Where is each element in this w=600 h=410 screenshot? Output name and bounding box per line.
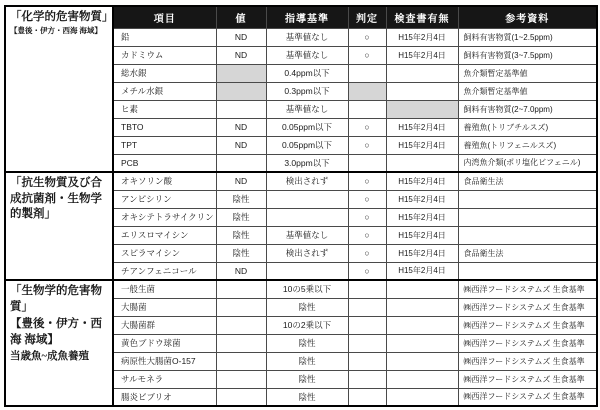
- cell-value: [216, 82, 266, 100]
- column-header-judgment: 判定: [348, 6, 386, 28]
- cell-reference: 食品衛生法: [458, 172, 597, 190]
- cell-standard: 0.3ppm以下: [266, 82, 348, 100]
- cell-standard: 基準値なし: [266, 46, 348, 64]
- cell-standard: 陰性: [266, 352, 348, 370]
- cell-standard: [266, 208, 348, 226]
- cell-judgment: [348, 82, 386, 100]
- cell-value: 陰性: [216, 190, 266, 208]
- cell-standard: 3.0ppm以下: [266, 154, 348, 172]
- cell-item: オキソリン酸: [113, 172, 216, 190]
- section-label-line: 「化学的危害物質」: [10, 10, 108, 26]
- cell-reference: 食品衛生法: [458, 244, 597, 262]
- cell-standard: 陰性: [266, 388, 348, 406]
- cell-value: 陰性: [216, 244, 266, 262]
- section-label-1: 「抗生物質及び合成抗菌剤・生物学的製剤」: [5, 172, 113, 280]
- cell-certificate: [386, 388, 458, 406]
- table-row: 「抗生物質及び合成抗菌剤・生物学的製剤」オキソリン酸ND検出されず○H15年2月…: [5, 172, 597, 190]
- cell-reference: 魚介類暫定基準値: [458, 82, 597, 100]
- cell-certificate: [386, 154, 458, 172]
- cell-standard: 基準値なし: [266, 28, 348, 46]
- cell-reference: 飼料有害物質(1~2.5ppm): [458, 28, 597, 46]
- cell-value: [216, 388, 266, 406]
- cell-judgment: [348, 154, 386, 172]
- cell-certificate: [386, 334, 458, 352]
- cell-value: [216, 352, 266, 370]
- cell-judgment: ○: [348, 262, 386, 280]
- cell-reference: ㈱西洋フードシステムズ 生食基準: [458, 334, 597, 352]
- cell-item: 腸炎ビブリオ: [113, 388, 216, 406]
- cell-reference: 飼料有害物質(2~7.0ppm): [458, 100, 597, 118]
- cell-judgment: [348, 334, 386, 352]
- cell-item: PCB: [113, 154, 216, 172]
- cell-standard: 基準値なし: [266, 226, 348, 244]
- cell-value: ND: [216, 118, 266, 136]
- cell-item: 一般生菌: [113, 280, 216, 298]
- cell-judgment: [348, 370, 386, 388]
- cell-standard: 10の2乗以下: [266, 316, 348, 334]
- cell-reference: ㈱西洋フードシステムズ 生食基準: [458, 388, 597, 406]
- cell-value: [216, 100, 266, 118]
- section-label-line: 当歳魚~成魚養殖: [10, 350, 108, 364]
- cell-certificate: H15年2月4日: [386, 118, 458, 136]
- cell-standard: 0.05ppm以下: [266, 118, 348, 136]
- cell-certificate: H15年2月4日: [386, 190, 458, 208]
- cell-judgment: [348, 298, 386, 316]
- cell-value: [216, 154, 266, 172]
- cell-judgment: [348, 352, 386, 370]
- cell-certificate: [386, 316, 458, 334]
- cell-judgment: ○: [348, 28, 386, 46]
- cell-item: スピラマイシン: [113, 244, 216, 262]
- cell-reference: 魚介類暫定基準値: [458, 64, 597, 82]
- table-row: 「生物学的危害物質」【豊後・伊方・西海 海域】当歳魚~成魚養殖一般生菌10の5乗…: [5, 280, 597, 298]
- column-header-reference: 参考資料: [458, 6, 597, 28]
- cell-value: [216, 64, 266, 82]
- cell-standard: [266, 190, 348, 208]
- section-label-line: 【豊後・伊方・西海 海域】: [10, 26, 108, 36]
- cell-certificate: H15年2月4日: [386, 244, 458, 262]
- cell-certificate: H15年2月4日: [386, 262, 458, 280]
- cell-value: [216, 298, 266, 316]
- cell-value: [216, 334, 266, 352]
- cell-item: 総水銀: [113, 64, 216, 82]
- cell-item: エリスロマイシン: [113, 226, 216, 244]
- cell-certificate: [386, 82, 458, 100]
- cell-item: サルモネラ: [113, 370, 216, 388]
- column-header-certificate: 検査書有無: [386, 6, 458, 28]
- cell-item: TPT: [113, 136, 216, 154]
- cell-standard: 10の5乗以下: [266, 280, 348, 298]
- cell-item: 鉛: [113, 28, 216, 46]
- cell-item: 病原性大腸菌O-157: [113, 352, 216, 370]
- cell-certificate: [386, 298, 458, 316]
- cell-reference: ㈱西洋フードシステムズ 生食基準: [458, 280, 597, 298]
- cell-value: ND: [216, 28, 266, 46]
- cell-reference: 飼料有害物質(3~7.5ppm): [458, 46, 597, 64]
- cell-judgment: ○: [348, 118, 386, 136]
- cell-item: 大腸菌群: [113, 316, 216, 334]
- cell-value: ND: [216, 46, 266, 64]
- cell-item: カドミウム: [113, 46, 216, 64]
- cell-certificate: H15年2月4日: [386, 136, 458, 154]
- cell-reference: ㈱西洋フードシステムズ 生食基準: [458, 352, 597, 370]
- cell-value: 陰性: [216, 226, 266, 244]
- cell-value: ND: [216, 172, 266, 190]
- cell-judgment: [348, 280, 386, 298]
- cell-certificate: H15年2月4日: [386, 208, 458, 226]
- cell-standard: 陰性: [266, 334, 348, 352]
- cell-judgment: [348, 388, 386, 406]
- cell-item: 大腸菌: [113, 298, 216, 316]
- section-label-0: 「化学的危害物質」【豊後・伊方・西海 海域】: [5, 6, 113, 172]
- cell-value: [216, 280, 266, 298]
- hazard-inspection-table: 「化学的危害物質」【豊後・伊方・西海 海域】項目値指導基準判定検査書有無参考資料…: [4, 5, 598, 407]
- cell-value: [216, 370, 266, 388]
- cell-certificate: [386, 352, 458, 370]
- cell-certificate: H15年2月4日: [386, 46, 458, 64]
- cell-item: チアンフェニコール: [113, 262, 216, 280]
- cell-certificate: H15年2月4日: [386, 172, 458, 190]
- cell-reference: [458, 226, 597, 244]
- cell-judgment: ○: [348, 208, 386, 226]
- cell-reference: ㈱西洋フードシステムズ 生食基準: [458, 370, 597, 388]
- cell-value: ND: [216, 262, 266, 280]
- section-label-2: 「生物学的危害物質」【豊後・伊方・西海 海域】当歳魚~成魚養殖: [5, 280, 113, 406]
- document-page: 「化学的危害物質」【豊後・伊方・西海 海域】項目値指導基準判定検査書有無参考資料…: [0, 0, 600, 410]
- cell-reference: 養殖魚(トリブチルスズ): [458, 118, 597, 136]
- header-row: 「化学的危害物質」【豊後・伊方・西海 海域】項目値指導基準判定検査書有無参考資料: [5, 6, 597, 28]
- section-label-line: 「生物学的危害物質」: [10, 284, 108, 315]
- cell-judgment: [348, 100, 386, 118]
- cell-certificate: [386, 280, 458, 298]
- cell-reference: 内湾魚介類(ポリ塩化ビフェニル): [458, 154, 597, 172]
- cell-reference: [458, 190, 597, 208]
- cell-certificate: H15年2月4日: [386, 28, 458, 46]
- cell-judgment: [348, 316, 386, 334]
- cell-judgment: ○: [348, 136, 386, 154]
- cell-reference: [458, 262, 597, 280]
- cell-item: メチル水銀: [113, 82, 216, 100]
- section-label-line: 【豊後・伊方・西海 海域】: [10, 317, 108, 348]
- cell-certificate: [386, 100, 458, 118]
- column-header-standard: 指導基準: [266, 6, 348, 28]
- cell-standard: 陰性: [266, 298, 348, 316]
- column-header-item: 項目: [113, 6, 216, 28]
- column-header-value: 値: [216, 6, 266, 28]
- cell-judgment: ○: [348, 172, 386, 190]
- cell-standard: 検出されず: [266, 244, 348, 262]
- cell-judgment: ○: [348, 46, 386, 64]
- cell-value: 陰性: [216, 208, 266, 226]
- cell-standard: 陰性: [266, 370, 348, 388]
- cell-standard: [266, 262, 348, 280]
- cell-value: [216, 316, 266, 334]
- cell-standard: 検出されず: [266, 172, 348, 190]
- cell-certificate: H15年2月4日: [386, 226, 458, 244]
- cell-reference: ㈱西洋フードシステムズ 生食基準: [458, 316, 597, 334]
- cell-item: 黄色ブドウ球菌: [113, 334, 216, 352]
- cell-certificate: [386, 370, 458, 388]
- cell-standard: 0.4ppm以下: [266, 64, 348, 82]
- cell-reference: [458, 208, 597, 226]
- cell-judgment: [348, 64, 386, 82]
- cell-judgment: ○: [348, 244, 386, 262]
- cell-judgment: ○: [348, 190, 386, 208]
- section-label-line: 「抗生物質及び合成抗菌剤・生物学的製剤」: [10, 176, 108, 223]
- cell-item: TBTO: [113, 118, 216, 136]
- cell-item: アンピシリン: [113, 190, 216, 208]
- cell-item: オキシテトラサイクリン: [113, 208, 216, 226]
- cell-judgment: ○: [348, 226, 386, 244]
- cell-item: ヒ素: [113, 100, 216, 118]
- cell-value: ND: [216, 136, 266, 154]
- cell-standard: 0.05ppm以下: [266, 136, 348, 154]
- cell-certificate: [386, 64, 458, 82]
- cell-reference: 養殖魚(トリフェニルスズ): [458, 136, 597, 154]
- cell-reference: ㈱西洋フードシステムズ 生食基準: [458, 298, 597, 316]
- cell-standard: 基準値なし: [266, 100, 348, 118]
